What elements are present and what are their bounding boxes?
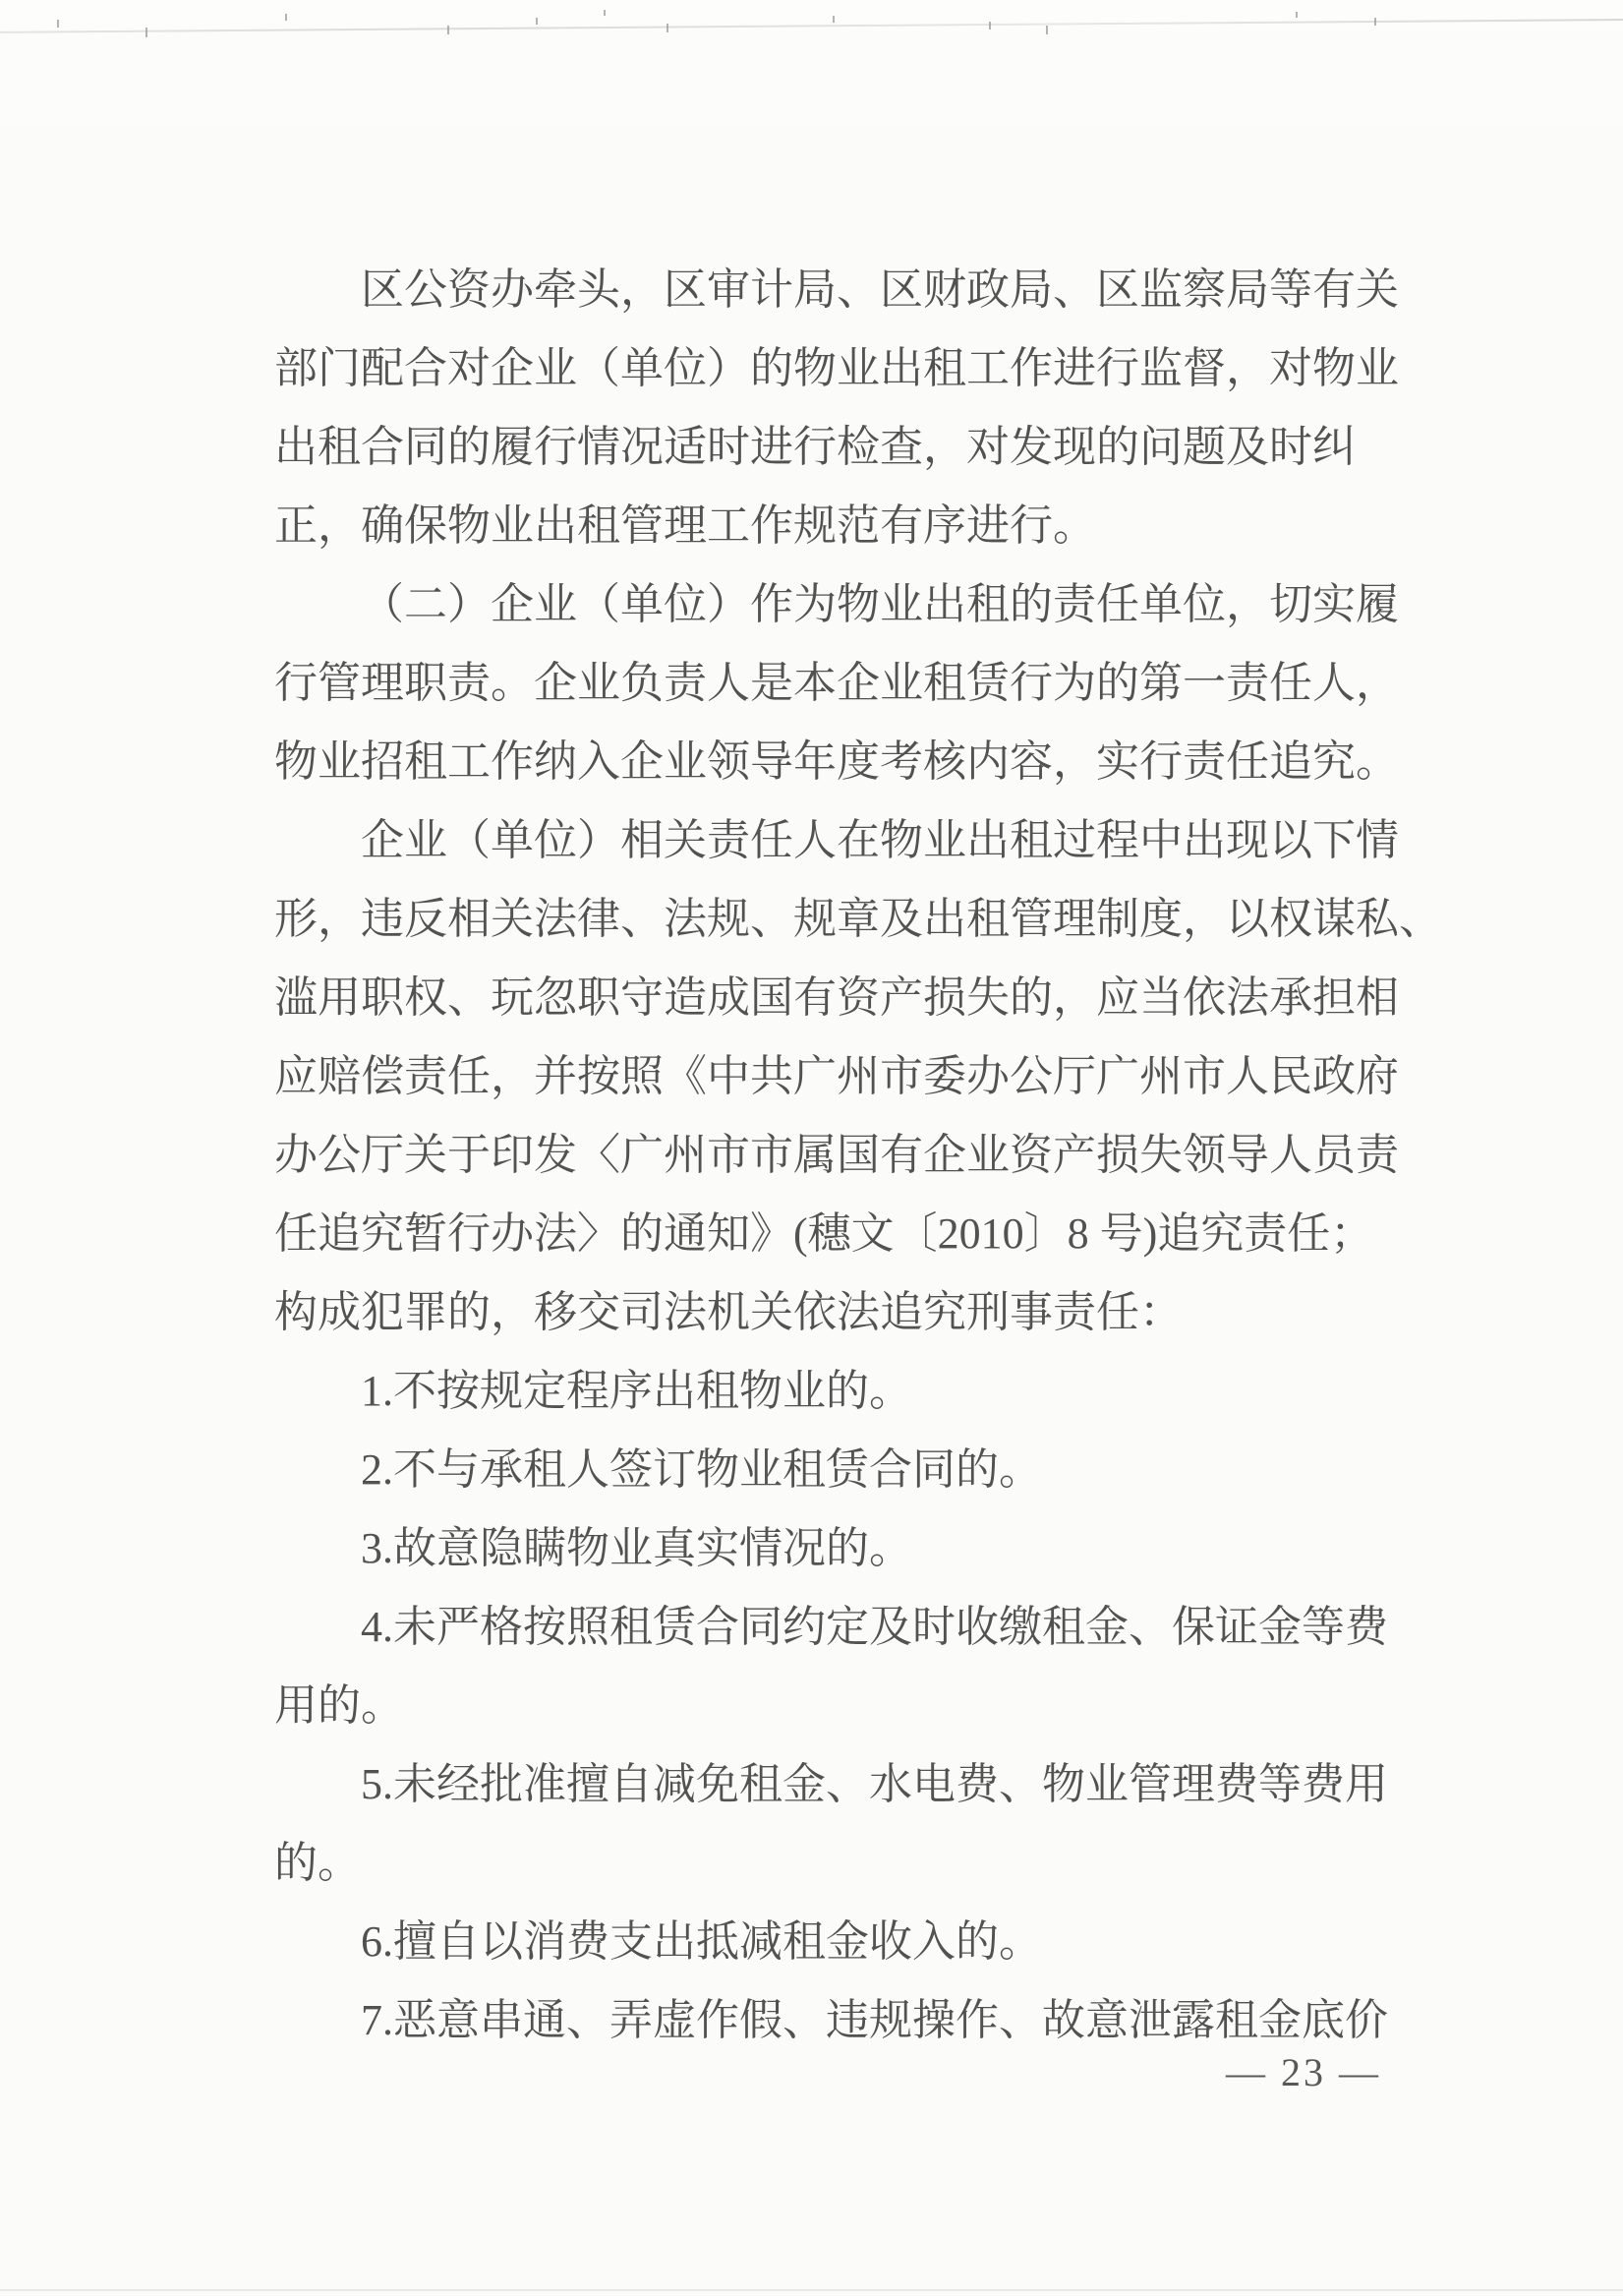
text-line: 2.不与承租人签订物业租赁合同的。 [274, 1431, 1454, 1509]
scan-speck [989, 22, 991, 29]
text-line: 滥用职权、玩忽职守造成国有资产损失的，应当依法承担相 [274, 959, 1454, 1037]
text-line: 行管理职责。企业负责人是本企业租赁行为的第一责任人， [274, 644, 1454, 723]
text-line: 企业（单位）相关责任人在物业出租过程中出现以下情 [274, 801, 1454, 880]
text-line: 办公厅关于印发〈广州市市属国有企业资产损失领导人员责 [274, 1116, 1454, 1195]
scan-speck [1374, 18, 1376, 26]
text-line: 任追究暂行办法〉的通知》(穗文〔2010〕8 号)追究责任； [274, 1195, 1454, 1273]
text-line: 5.未经批准擅自减免租金、水电费、物业管理费等费用 [274, 1745, 1454, 1824]
scan-edge-artifact-top [0, 0, 1623, 59]
scanned-document-page: 区公资办牵头，区审计局、区财政局、区监察局等有关部门配合对企业（单位）的物业出租… [0, 0, 1623, 2296]
text-line: 应赔偿责任，并按照《中共广州市委办公厅广州市人民政府 [274, 1037, 1454, 1116]
text-line: 的。 [274, 1824, 1454, 1903]
text-line: 形，违反相关法律、法规、规章及出租管理制度，以权谋私、 [274, 880, 1454, 959]
scan-speck [57, 20, 59, 28]
scan-speck [447, 26, 449, 34]
page-number: — 23 — [1226, 2048, 1381, 2097]
scan-speck [1296, 12, 1298, 18]
text-line: （二）企业（单位）作为物业出租的责任单位，切实履 [274, 565, 1454, 644]
text-line: 用的。 [274, 1667, 1454, 1745]
scan-speck [1046, 26, 1048, 34]
scan-speck [833, 16, 835, 23]
text-line: 正，确保物业出租管理工作规范有序进行。 [274, 487, 1454, 565]
scan-speck [604, 10, 606, 16]
scan-edge-artifact-bottom [0, 2289, 1623, 2291]
text-line: 物业招租工作纳入企业领导年度考核内容，实行责任追究。 [274, 723, 1454, 801]
scan-edge-line [0, 19, 1623, 33]
text-line: 3.故意隐瞒物业真实情况的。 [274, 1509, 1454, 1588]
document-body: 区公资办牵头，区审计局、区财政局、区监察局等有关部门配合对企业（单位）的物业出租… [274, 251, 1454, 2060]
scan-speck [667, 24, 668, 32]
text-line: 出租合同的履行情况适时进行检查，对发现的问题及时纠 [274, 408, 1454, 487]
text-line: 部门配合对企业（单位）的物业出租工作进行监督，对物业 [274, 329, 1454, 408]
text-line: 构成犯罪的，移交司法机关依法追究刑事责任： [274, 1273, 1454, 1352]
text-line: 1.不按规定程序出租物业的。 [274, 1352, 1454, 1431]
scan-speck [145, 28, 147, 37]
text-line: 4.未严格按照租赁合同约定及时收缴租金、保证金等费 [274, 1588, 1454, 1667]
text-line: 区公资办牵头，区审计局、区财政局、区监察局等有关 [274, 251, 1454, 329]
scan-speck [536, 18, 538, 25]
scan-speck [285, 14, 287, 21]
text-line: 6.擅自以消费支出抵减租金收入的。 [274, 1903, 1454, 1981]
